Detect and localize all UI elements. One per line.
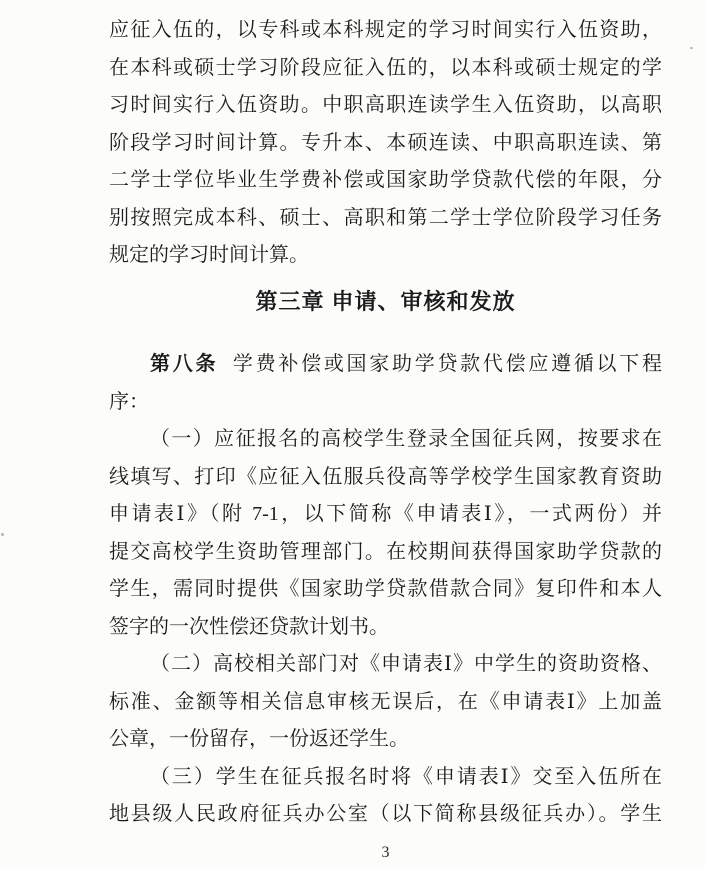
document-text-column: 应征入伍的，以专科或本科规定的学习时间实行入伍资助， 在本科或硕士学习阶段应征入… <box>109 0 662 864</box>
body-line: 在本科或硕士学习阶段应征入伍的，以本科或硕士规定的学 <box>109 50 662 88</box>
page-number: 3 <box>109 842 662 864</box>
scanned-document-page: { "page": { "number": "3" }, "body": { "… <box>0 0 705 869</box>
item-one-line: 学生，需同时提供《国家助学贷款借款合同》复印件和本人 <box>109 571 662 609</box>
body-line: 别按照完成本科、硕士、高职和第二学士学位阶段学习任务 <box>109 200 662 238</box>
item-one-line: （一）应征报名的高校学生登录全国征兵网，按要求在 <box>109 421 662 459</box>
item-one-line: 签字的一次性偿还贷款计划书。 <box>109 609 662 647</box>
item-one-line: 提交高校学生资助管理部门。在校期间获得国家助学贷款的 <box>109 534 662 572</box>
item-three-line: （三）学生在征兵报名时将《申请表Ⅰ》交至入伍所在 <box>109 759 662 797</box>
item-two-line: 公章，一份留存，一份返还学生。 <box>109 721 662 759</box>
body-line: 习时间实行入伍资助。中职高职连读学生入伍资助，以高职 <box>109 87 662 125</box>
article-8-second-line: 序： <box>109 384 662 422</box>
item-one-line: 申请表Ⅰ》（附 7-1，以下简称《申请表Ⅰ》，一式两份）并 <box>109 496 662 534</box>
item-two-line: （二）高校相关部门对《申请表Ⅰ》中学生的资助资格、 <box>109 646 662 684</box>
scan-speck <box>1 533 4 536</box>
article-8-text: 学费补偿或国家助学贷款代偿应遵循以下程 <box>230 353 662 375</box>
item-two-line: 标准、金额等相关信息审核无误后，在《申请表Ⅰ》上加盖 <box>109 684 662 722</box>
article-8-label: 第八条 <box>150 353 218 375</box>
article-8-first-line: 第八条学费补偿或国家助学贷款代偿应遵循以下程 <box>109 346 662 384</box>
scan-speck <box>690 47 693 49</box>
body-line: 阶段学习时间计算。专升本、本硕连读、中职高职连读、第 <box>109 125 662 163</box>
chapter-heading: 第三章 申请、审核和发放 <box>109 283 662 321</box>
body-line: 二学士学位毕业生学费补偿或国家助学贷款代偿的年限，分 <box>109 162 662 200</box>
body-line: 应征入伍的，以专科或本科规定的学习时间实行入伍资助， <box>109 12 662 50</box>
item-one-line: 线填写、打印《应征入伍服兵役高等学校学生国家教育资助 <box>109 459 662 497</box>
scan-speck <box>633 667 640 669</box>
body-line: 规定的学习时间计算。 <box>109 237 662 275</box>
item-three-line: 地县级人民政府征兵办公室（以下简称县级征兵办）。学生 <box>109 796 662 834</box>
